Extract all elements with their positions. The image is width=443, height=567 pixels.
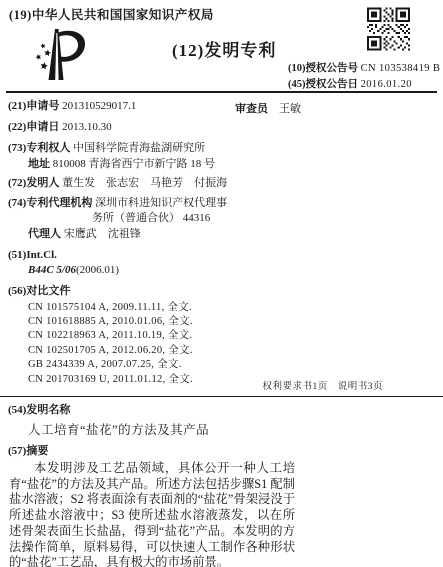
- publication-date-row: (45)授权公告日 2016.01.20: [288, 77, 440, 93]
- application-number: 201310529017.1: [62, 100, 136, 112]
- agent-label: 代理人: [28, 228, 61, 240]
- reference-item: CN 102501705 A, 2012.06.20, 全文.: [28, 344, 435, 358]
- patent-front-page: (19)中华人民共和国国家知识产权局 (12)发明专利: [0, 0, 443, 567]
- abstract-text: 本发明涉及工艺品领域，具体公开一种人工培育“盐花”的方法及其产品。所述方法包括步…: [9, 461, 295, 567]
- abstract-label: (57)摘要: [8, 442, 435, 458]
- intcl-code: B44C 5/06: [28, 264, 76, 276]
- publication-number-row: (10)授权公告号 CN 103538419 B: [288, 61, 440, 77]
- reference-item: GB 2434339 A, 2007.07.25, 全文.: [28, 358, 435, 372]
- publication-date-label: (45)授权公告日: [288, 79, 358, 90]
- pages-note: 权利要求书1页 说明书3页: [262, 378, 383, 392]
- examiner-label: 审查员: [235, 103, 268, 115]
- agency-row-line2: 务所（普通合伙） 44316: [92, 212, 435, 226]
- section-divider: [0, 396, 443, 397]
- reference-item: CN 102218963 A, 2011.10.19, 全文.: [28, 329, 435, 343]
- bibliographic-section: (21)申请号 201310529017.1 审查员 王敏 (22)申请日 20…: [8, 97, 435, 387]
- issuing-office-title: (19)中华人民共和国国家知识产权局: [9, 5, 214, 23]
- agency-name-line1: 深圳市科进知识产权代理事: [95, 197, 227, 209]
- invention-title-label: (54)发明名称: [8, 401, 435, 417]
- references-label: (56)对比文件: [8, 285, 70, 297]
- references-list: CN 101575104 A, 2009.11.11, 全文. CN 10161…: [28, 301, 435, 387]
- intcl-year: (2006.01): [76, 264, 119, 276]
- reference-item: CN 101575104 A, 2009.11.11, 全文.: [28, 301, 435, 315]
- sipo-logo-icon: [31, 27, 91, 90]
- agency-row: (74)专利代理机构 深圳市科进知识产权代理事: [8, 197, 435, 211]
- references-header-row: (56)对比文件: [8, 285, 435, 299]
- application-date-row: (22)申请日 2013.10.30: [8, 121, 435, 135]
- application-number-row: (21)申请号 201310529017.1 审查员 王敏: [8, 100, 435, 114]
- address-row: 地址 810008 青海省西宁市新宁路 18 号: [28, 158, 435, 172]
- inventors-label: (72)发明人: [8, 177, 59, 189]
- publication-date: 2016.01.20: [361, 79, 412, 90]
- header-divider: [6, 91, 437, 93]
- application-date-label: (22)申请日: [8, 121, 59, 133]
- qr-code: [367, 7, 410, 56]
- agency-name-line2: 务所（普通合伙） 44316: [92, 212, 210, 224]
- agent-names: 宋鹰武 沈祖锋: [64, 228, 141, 240]
- publication-number: CN 103538419 B: [361, 63, 441, 74]
- patentee-label: (73)专利权人: [8, 142, 70, 154]
- agent-row: 代理人 宋鹰武 沈祖锋: [28, 228, 435, 242]
- address-label: 地址: [28, 158, 50, 170]
- intcl-row: (51)Int.Cl.: [8, 249, 435, 263]
- patentee-row: (73)专利权人 中国科学院青海盐湖研究所: [8, 142, 435, 156]
- publication-info: (10)授权公告号 CN 103538419 B (45)授权公告日 2016.…: [288, 61, 440, 92]
- inventors-row: (72)发明人 董生发 张志宏 马艳芳 付振海: [8, 177, 435, 191]
- publication-number-label: (10)授权公告号: [288, 63, 358, 74]
- title-abstract-section: (54)发明名称 人工培育“盐花”的方法及其产品 (57)摘要 本发明涉及工艺品…: [8, 401, 435, 567]
- invention-title: 人工培育“盐花”的方法及其产品: [28, 420, 435, 438]
- application-date: 2013.10.30: [62, 121, 112, 133]
- agency-label: (74)专利代理机构: [8, 197, 92, 209]
- intcl-class-row: B44C 5/06(2006.01): [28, 264, 435, 278]
- application-number-label: (21)申请号: [8, 100, 59, 112]
- patentee-name: 中国科学院青海盐湖研究所: [73, 142, 205, 154]
- intcl-label: (51)Int.Cl.: [8, 249, 57, 261]
- reference-item: CN 101618885 A, 2010.01.06, 全文.: [28, 315, 435, 329]
- inventors-names: 董生发 张志宏 马艳芳 付振海: [62, 177, 227, 189]
- examiner-name: 王敏: [279, 103, 301, 115]
- examiner-row: 审查员 王敏: [235, 103, 301, 117]
- document-type-title: (12)发明专利: [172, 36, 276, 61]
- address-value: 810008 青海省西宁市新宁路 18 号: [53, 158, 215, 170]
